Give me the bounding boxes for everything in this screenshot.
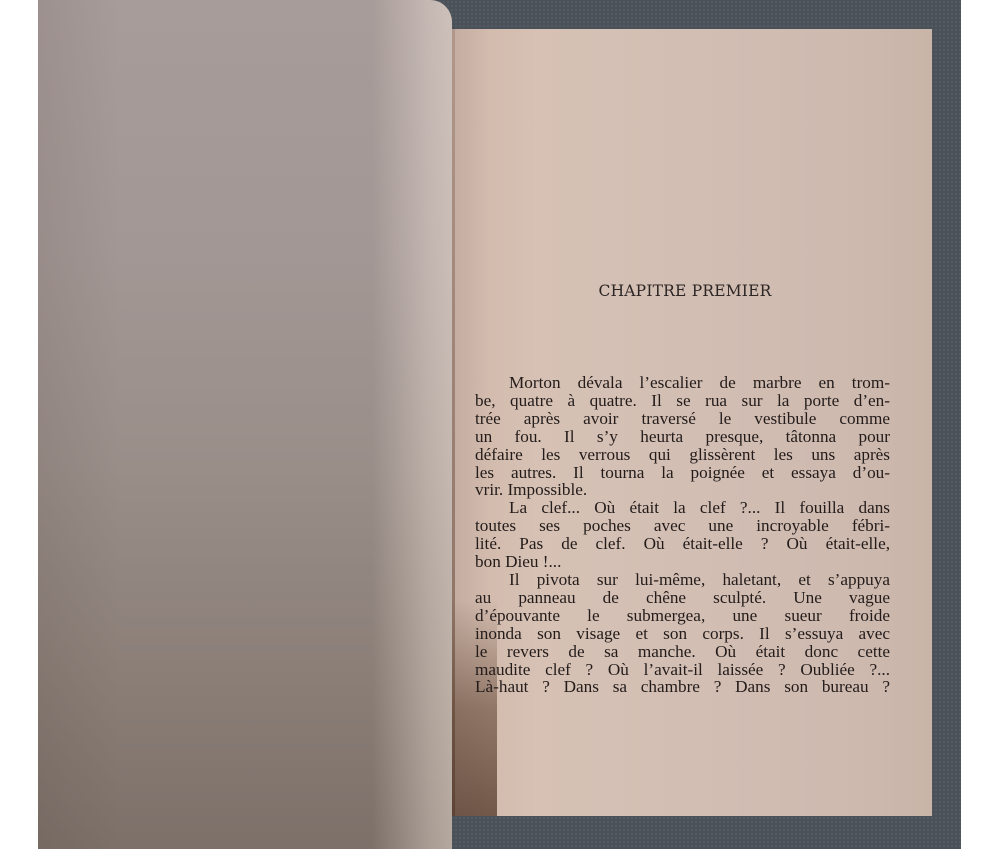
- text-line: Là-haut ? Dans sa chambre ? Dans son bur…: [475, 678, 890, 696]
- text-line: au panneau de chêne sculpté. Une vague: [475, 589, 890, 607]
- text-line: Morton dévala l’escalier de marbre en tr…: [475, 374, 890, 392]
- text-line: bon Dieu !...: [475, 553, 890, 571]
- text-line: défaire les verrous qui glissèrent les u…: [475, 446, 890, 464]
- book-photo: CHAPITRE PREMIER Morton dévala l’escalie…: [38, 0, 961, 849]
- text-line: be, quatre à quatre. Il se rua sur la po…: [475, 392, 890, 410]
- text-line: vrir. Impossible.: [475, 481, 890, 499]
- text-line: inonda son visage et son corps. Il s’ess…: [475, 625, 890, 643]
- left-page-shade: [38, 0, 452, 849]
- text-line: trée après avoir traversé le vestibule c…: [475, 410, 890, 428]
- text-line: toutes ses poches avec une incroyable fé…: [475, 517, 890, 535]
- text-line: le revers de sa manche. Où était donc ce…: [475, 643, 890, 661]
- text-line: d’épouvante le submergea, une sueur froi…: [475, 607, 890, 625]
- chapter-title: CHAPITRE PREMIER: [475, 282, 895, 300]
- text-line: Il pivota sur lui-même, haletant, et s’a…: [475, 571, 890, 589]
- text-line: lité. Pas de clef. Où était-elle ? Où ét…: [475, 535, 890, 553]
- chapter-body: Morton dévala l’escalier de marbre en tr…: [475, 374, 890, 696]
- text-line: La clef... Où était la clef ?... Il foui…: [475, 499, 890, 517]
- text-line: maudite clef ? Où l’avait-il laissée ? O…: [475, 661, 890, 679]
- text-line: les autres. Il tourna la poignée et essa…: [475, 464, 890, 482]
- text-line: un fou. Il s’y heurta presque, tâtonna p…: [475, 428, 890, 446]
